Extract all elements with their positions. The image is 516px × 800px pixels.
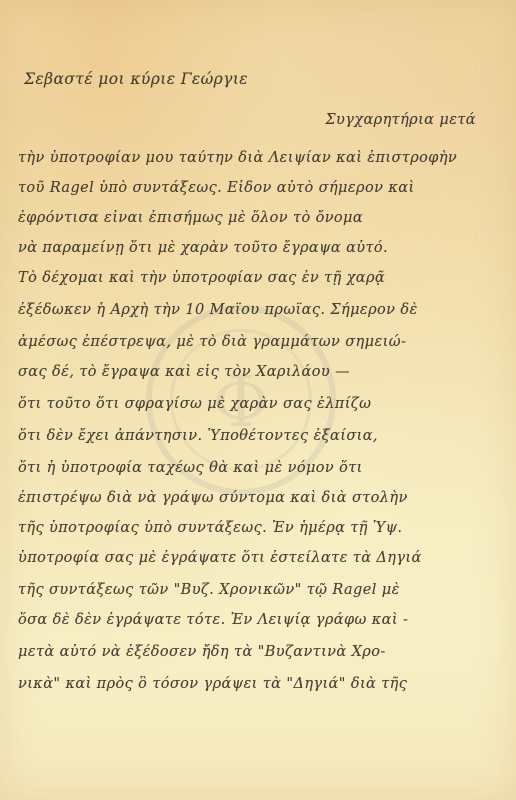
red-underlined-date: 10 Μαΐου xyxy=(185,302,259,318)
letter-line: σας δέ, τὸ ἔγραψα καὶ εἰς τὸν Χαριλάου — xyxy=(18,364,502,380)
letter-line: ὅτι τοῦτο ὅτι σφραγίσω μὲ χαρὰν σας ἐλπί… xyxy=(18,396,502,412)
underlined-text: Ragel ὑπὸ συντάξεως. xyxy=(50,180,222,196)
line-text: τοῦ xyxy=(18,180,50,196)
letter-line: ἐπιστρέψω διὰ νὰ γράψω σύντομα καὶ διὰ σ… xyxy=(18,490,502,506)
line-text: ὑποτροφία σας μὲ ἐγράψατε ὅτι ἐστείλατε … xyxy=(18,550,376,566)
letter-line: ὅτι δὲν ἔχει ἀπάντησιν. Ὑποθέτοντες ἐξαί… xyxy=(18,428,502,444)
line-text: ἀμέσως ἐπέστρεψα, μὲ τὸ xyxy=(18,334,222,350)
letter-line: μετὰ αὐτό νὰ ἐξέδοσεν ἤδη τὰ "Βυζαντινὰ … xyxy=(18,644,502,660)
line-text: σημειώ- xyxy=(340,334,406,350)
line-text: πρωΐας. Σήμερον δὲ xyxy=(259,302,417,318)
letter-line: Τὸ δέχομαι καὶ τὴν ὑποτροφίαν σας ἐν τῇ … xyxy=(18,270,502,286)
letter-line: ἐξέδωκεν ἡ Αρχὴ τὴν 10 Μαΐου πρωΐας. Σήμ… xyxy=(18,302,502,318)
letter-line: τὴν ὑποτροφίαν μου ταύτην διὰ Λειψίαν κα… xyxy=(18,150,502,166)
letter-line: ὅσα δὲ δὲν ἐγράψατε τότε. Ἐν Λειψίᾳ γράφ… xyxy=(18,612,502,628)
line-text: Εἶδον αὐτὸ σήμερον καὶ xyxy=(222,180,414,196)
letter-line: ἐφρόντισα εἶναι ἐπισήμως μὲ ὅλον τὸ ὄνομ… xyxy=(18,210,502,226)
greeting-right: Συγχαρητήρια μετά xyxy=(325,112,476,128)
letter-line: ὑποτροφία σας μὲ ἐγράψατε ὅτι ἐστείλατε … xyxy=(18,550,502,566)
letter-page: Φ Σεβαστέ μοι κύριε Γεώργιε Συγχαρητήρια… xyxy=(0,0,516,800)
letter-line: τοῦ Ragel ὑπὸ συντάξεως. Εἶδον αὐτὸ σήμε… xyxy=(18,180,502,196)
letter-line: νικὰ" καὶ πρὸς ὃ τόσον γράψει τὰ "Δηγιά"… xyxy=(18,676,502,692)
letter-line: τῆς ὑποτροφίας ὑπὸ συντάξεως. Ἐν ἡμέρᾳ τ… xyxy=(18,520,502,536)
letter-line: ἀμέσως ἐπέστρεψα, μὲ τὸ διὰ γραμμάτων ση… xyxy=(18,334,502,350)
underlined-text: διὰ γραμμάτων xyxy=(222,334,340,350)
letter-line: νὰ παραμείνῃ ὅτι μὲ χαρὰν τοῦτο ἔγραψα α… xyxy=(18,240,502,256)
letter-line: ὅτι ἡ ὑποτροφία ταχέως θὰ καὶ μὲ νόμον ὅ… xyxy=(18,460,502,476)
line-text: ἐξέδωκεν ἡ Αρχὴ τὴν xyxy=(18,302,185,318)
red-underlined-word: Δηγιά xyxy=(376,550,421,566)
letter-line: τῆς συντάξεως τῶν "Βυζ. Χρονικῶν" τῷ Rag… xyxy=(18,582,502,598)
salutation: Σεβαστέ μοι κύριε Γεώργιε xyxy=(24,70,502,88)
